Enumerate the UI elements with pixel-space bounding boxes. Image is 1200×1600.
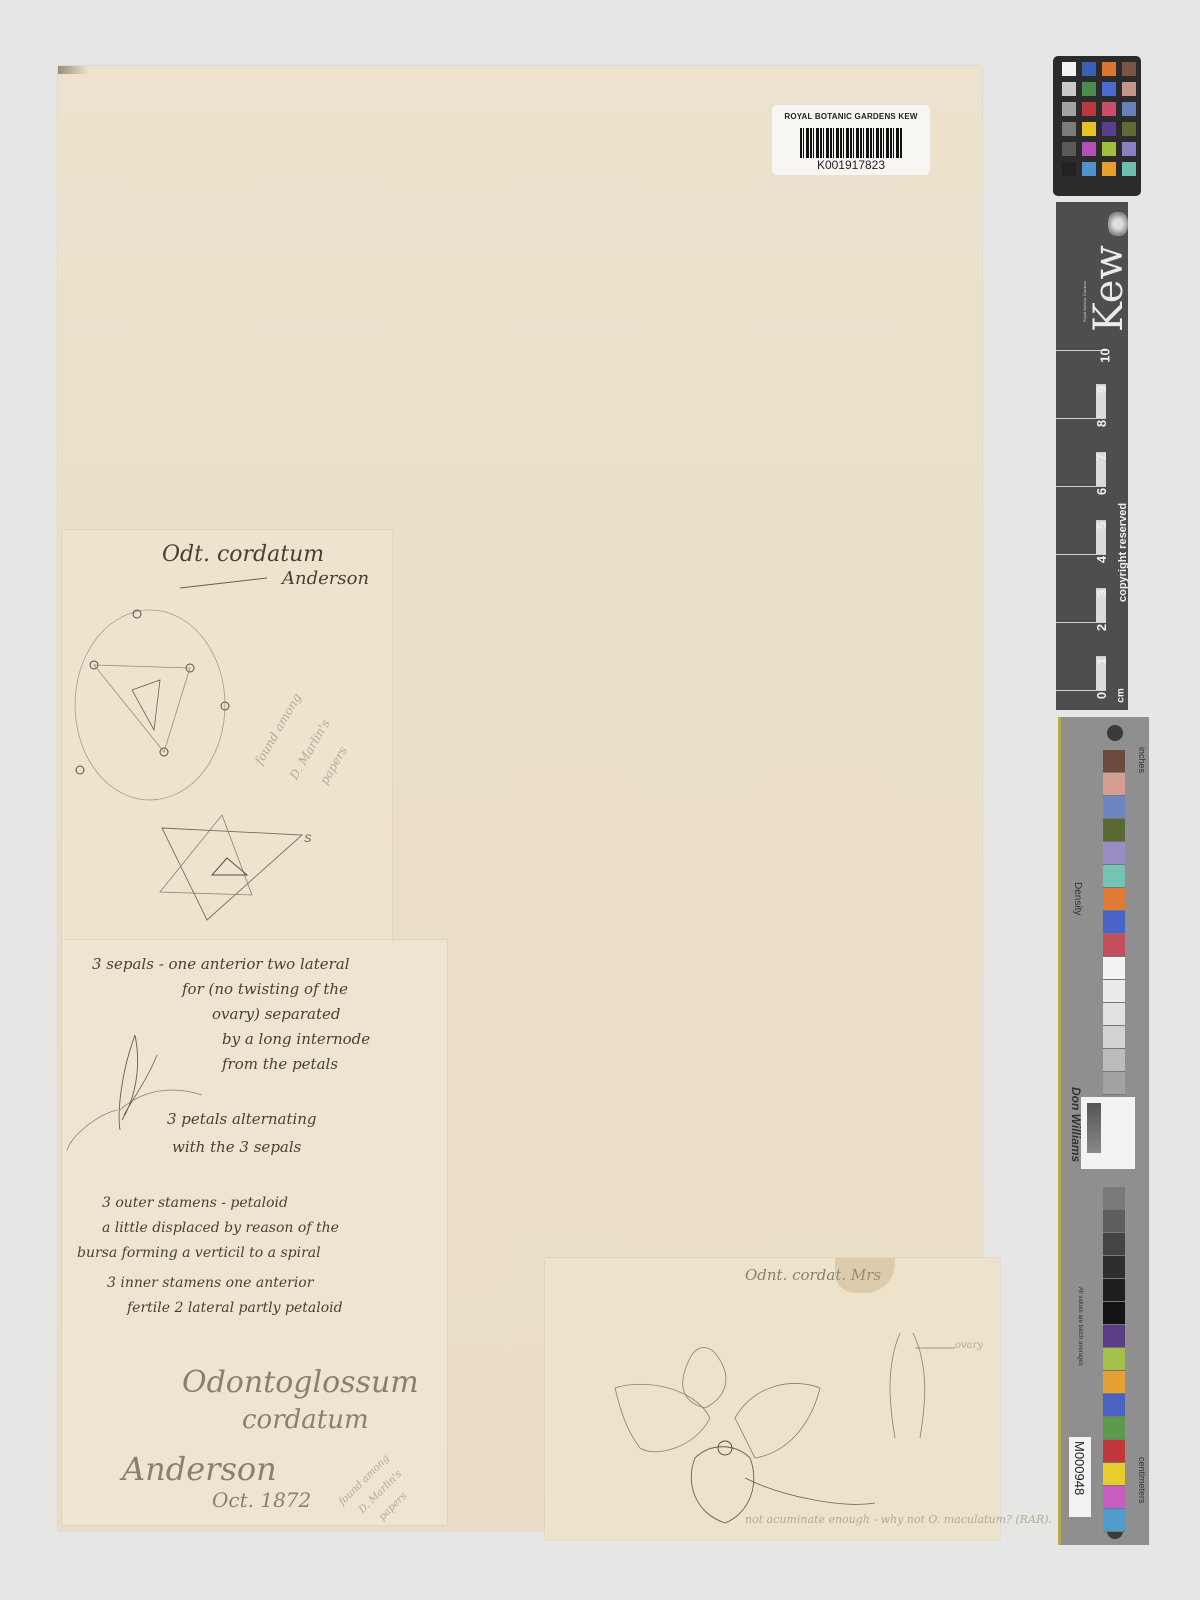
kew-subtitle: Royal Botanic Gardens — [1082, 281, 1087, 322]
ovary-label: ovary — [955, 1340, 983, 1351]
color-patch — [1103, 1371, 1125, 1394]
color-swatch — [1122, 82, 1136, 96]
copyright-text: copyright reserved — [1117, 503, 1129, 602]
color-patch — [1103, 1256, 1125, 1279]
color-swatch — [1102, 62, 1116, 76]
note-line: with the 3 sepals — [172, 1138, 301, 1156]
color-patch — [1103, 911, 1125, 934]
color-patch — [1103, 1325, 1125, 1348]
barcode-number: K001917823 — [772, 158, 930, 172]
pencil-author: Anderson — [122, 1450, 277, 1488]
pencil-footnote: not acuminate enough - why not O. macula… — [745, 1513, 1052, 1526]
color-swatch — [1122, 122, 1136, 136]
color-swatch — [1062, 122, 1076, 136]
color-patch — [1103, 888, 1125, 911]
note-floral-diagram: Odt. cordatum Anderson S found among D. … — [62, 530, 392, 940]
density-label: Density — [1072, 882, 1083, 915]
color-swatch — [1122, 142, 1136, 156]
color-swatch — [1082, 142, 1096, 156]
scale-number: 0 — [1094, 692, 1109, 699]
specimen-id: M000948 — [1072, 1441, 1087, 1495]
scale-number: 5 — [1094, 522, 1109, 529]
color-patch — [1103, 1440, 1125, 1463]
note-description: 3 sepals - one anterior two lateral for … — [62, 940, 447, 1525]
color-patch — [1103, 1509, 1125, 1532]
color-patch — [1103, 1072, 1125, 1095]
note-line: ovary) separated — [212, 1005, 340, 1023]
svg-text:S: S — [304, 833, 312, 845]
color-patch — [1103, 1233, 1125, 1256]
note-line: 3 sepals - one anterior two lateral — [92, 955, 350, 973]
specimen-id-label: M000948 — [1069, 1437, 1091, 1517]
scale-number: 7 — [1094, 454, 1109, 461]
color-swatch — [1062, 62, 1076, 76]
color-patch — [1103, 1417, 1125, 1440]
color-patch — [1103, 1279, 1125, 1302]
color-swatch — [1102, 162, 1116, 176]
color-patch — [1103, 980, 1125, 1003]
color-checker-card — [1053, 56, 1141, 196]
scale-number: 8 — [1094, 420, 1109, 427]
barcode-icon — [800, 128, 902, 158]
color-patch — [1103, 1394, 1125, 1417]
note-flower-sketch: Odnt. cordat. Mrs ovary not acuminate en… — [545, 1258, 1000, 1540]
note-line: fertile 2 lateral partly petaloid — [127, 1300, 343, 1316]
cm-scale: 109876543210 — [1056, 350, 1108, 704]
color-swatch — [1122, 62, 1136, 76]
scale-number: 4 — [1094, 556, 1109, 563]
color-swatch — [1062, 142, 1076, 156]
pencil-date: Oct. 1872 — [212, 1488, 311, 1512]
note-line: from the petals — [222, 1055, 338, 1073]
color-swatch — [1062, 102, 1076, 116]
barcode-label: ROYAL BOTANIC GARDENS KEW K001917823 — [772, 105, 930, 175]
note-line: a little displaced by reason of the — [102, 1220, 339, 1236]
color-patch — [1103, 750, 1125, 773]
color-swatch — [1082, 62, 1096, 76]
color-swatch — [1102, 142, 1116, 156]
scale-number: 3 — [1094, 590, 1109, 597]
color-patch — [1103, 957, 1125, 980]
color-patch — [1103, 796, 1125, 819]
color-patch — [1103, 842, 1125, 865]
scale-number: 10 — [1098, 348, 1113, 362]
color-swatch — [1062, 162, 1076, 176]
color-swatch — [1082, 162, 1096, 176]
floral-diagram-sketch: S — [62, 530, 392, 940]
pencil-species-name: Odontoglossum — [182, 1365, 419, 1400]
color-patch — [1103, 819, 1125, 842]
color-density-strip: inches centimeters Density Don Williams … — [1058, 717, 1149, 1545]
color-swatch — [1082, 122, 1096, 136]
color-patch — [1103, 1486, 1125, 1509]
color-patch — [1103, 865, 1125, 888]
color-patch — [1103, 1187, 1125, 1210]
color-patch — [1103, 1026, 1125, 1049]
label-centimeters: centimeters — [1137, 1457, 1147, 1504]
color-patch — [1103, 1302, 1125, 1325]
color-swatch — [1062, 82, 1076, 96]
color-patch — [1103, 934, 1125, 957]
kew-crest-icon — [1108, 212, 1128, 236]
color-swatch — [1122, 162, 1136, 176]
color-patch — [1103, 1210, 1125, 1233]
scale-number: 9 — [1094, 386, 1109, 393]
note-line: 3 outer stamens - petaloid — [102, 1195, 288, 1211]
note-line: bursa forming a verticil to a spiral — [77, 1245, 321, 1261]
color-patch — [1103, 1348, 1125, 1371]
color-patch — [1103, 1463, 1125, 1486]
color-swatch — [1082, 82, 1096, 96]
color-swatch — [1122, 102, 1136, 116]
institution-name: ROYAL BOTANIC GARDENS KEW — [772, 112, 930, 121]
color-patches — [1103, 750, 1125, 1532]
unit-label: cm — [1116, 688, 1127, 702]
kew-logo: Kew — [1086, 245, 1132, 332]
orchid-flower-drawing — [545, 1258, 1000, 1540]
strip-hole — [1107, 725, 1123, 741]
color-swatch — [1082, 102, 1096, 116]
color-swatch — [1102, 122, 1116, 136]
scale-number: 2 — [1094, 624, 1109, 631]
kew-scale-ruler: Kew Royal Botanic Gardens 109876543210 c… — [1056, 202, 1128, 710]
scale-number: 6 — [1094, 488, 1109, 495]
scale-number: 1 — [1094, 658, 1109, 665]
note-line: 3 inner stamens one anterior — [107, 1275, 313, 1291]
color-swatch — [1102, 82, 1116, 96]
pencil-species-epithet: cordatum — [242, 1405, 369, 1435]
label-inches: inches — [1137, 747, 1147, 773]
note-line: by a long internode — [222, 1030, 370, 1048]
flower-side-sketch — [62, 990, 212, 1140]
color-patch — [1103, 773, 1125, 796]
color-patch — [1103, 1049, 1125, 1072]
batch-note: All values are batch averages — [1077, 1287, 1083, 1366]
color-patch — [1103, 1003, 1125, 1026]
color-swatch — [1102, 102, 1116, 116]
